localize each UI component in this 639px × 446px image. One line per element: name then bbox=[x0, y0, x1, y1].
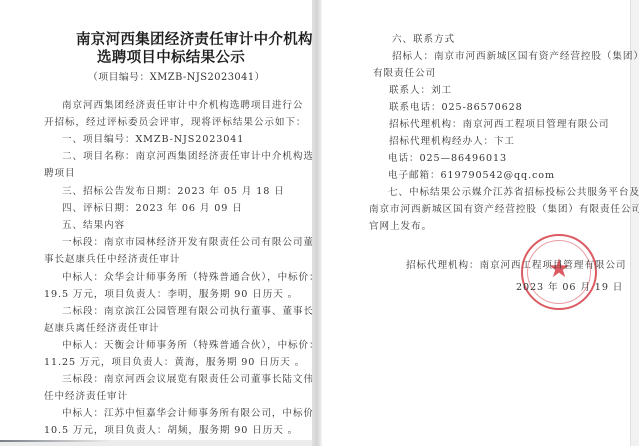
tenderer-line1: 招标人：南京市河西新城区国有资产经营控股（集团） bbox=[392, 51, 639, 63]
lot3-description-line1: 三标段：南京河西会议展览有限责任公司董事长陆文伟 bbox=[62, 374, 314, 386]
lot3-winner-line2: 10.5 万元，项目负责人：胡频，服务期 90 日历天 。 bbox=[44, 425, 298, 437]
item-project-number: 一、项目编号：XMZB-NJS2023041 bbox=[62, 134, 244, 146]
contact-person: 联系人：刘工 bbox=[389, 85, 452, 97]
intro-line1: 南京河西集团经济责任审计中介机构选聘项目进行公 bbox=[62, 100, 303, 112]
document-page-left: 南京河西集团经济责任审计中介机构 选聘项目中标结果公示 （项目编号：XMZB-N… bbox=[0, 0, 312, 440]
project-code: （项目编号：XMZB-NJS2023041） bbox=[88, 72, 265, 84]
official-seal-stamp: ★ bbox=[521, 234, 597, 310]
lot1-winner-line1: 中标人：众华会计师事务所（特殊普通合伙），中标价： bbox=[62, 272, 320, 284]
lot3-winner-line1: 中标人：江苏中恒嘉华会计师事务所有限公司，中标价： bbox=[62, 408, 324, 420]
notice-title-line2: 选聘项目中标结果公示 bbox=[97, 46, 245, 67]
agency-name: 招标代理机构：南京河西工程项目管理有限公司 bbox=[389, 119, 609, 131]
contact-phone: 联系电话：025-86570628 bbox=[389, 102, 523, 114]
item-result-heading: 五、结果内容 bbox=[62, 220, 125, 232]
lot2-description-line2: 赵康兵离任经济责任审计 bbox=[44, 323, 159, 335]
agency-handler: 招标代理机构经办人：卞工 bbox=[389, 136, 515, 148]
lot1-description-line2: 事长赵康兵任中经济责任审计 bbox=[44, 254, 180, 266]
lot3-description-line2: 任中经济责任审计 bbox=[44, 391, 128, 403]
page-gutter bbox=[312, 0, 322, 446]
lot2-description-line1: 二标段：南京滨江公园管理有限公司执行董事、董事长 bbox=[62, 306, 314, 318]
section-contact-heading: 六、联系方式 bbox=[392, 34, 455, 46]
agency-email: 电子邮箱：619790542@qq.com bbox=[388, 170, 555, 182]
signature-agency: 招标代理机构：南京河西工程项目管理有限公司 bbox=[406, 260, 626, 272]
agency-phone: 电话：025—86496013 bbox=[388, 153, 507, 165]
signature-date: 2023 年 06 月 19 日 bbox=[516, 282, 623, 294]
section-publication-line2: 南京市河西新城区国有资产经营控股（集团）有限责任公司 bbox=[369, 204, 639, 216]
section-publication-line3: 官网上发布。 bbox=[369, 221, 432, 233]
item-evaluation-date: 四、评标日期：2023 年 06 月 09 日 bbox=[62, 203, 243, 215]
tenderer-line2: 有限责任公司 bbox=[373, 68, 436, 80]
lot1-winner-line2: 19.5 万元，项目负责人：李明，服务期 90 日历天 。 bbox=[44, 289, 298, 301]
section-publication-line1: 七、中标结果公示媒介江苏省招标投标公共服务平台及 bbox=[388, 187, 639, 199]
item-project-name-line1: 二、项目名称：南京河西集团经济责任审计中介机构选 bbox=[62, 151, 314, 163]
page-edge bbox=[630, 0, 639, 446]
lot1-description-line1: 一标段：南京市园林经济开发有限责任公司有限公司董 bbox=[62, 237, 314, 249]
item-announcement-date: 三、招标公告发布日期：2023 年 05 月 18 日 bbox=[62, 186, 285, 198]
intro-line2: 开招标，经过评标委员会评审，现将评标结果公示如下： bbox=[44, 117, 306, 129]
lot2-winner-line2: 11.25 万元，项目负责人：黄海，服务期 90 日历天 。 bbox=[44, 357, 305, 369]
lot2-winner-line1: 中标人：天衡会计师事务所（特殊普通合伙），中标价： bbox=[62, 340, 320, 352]
item-project-name-line2: 聘项目 bbox=[44, 168, 75, 180]
